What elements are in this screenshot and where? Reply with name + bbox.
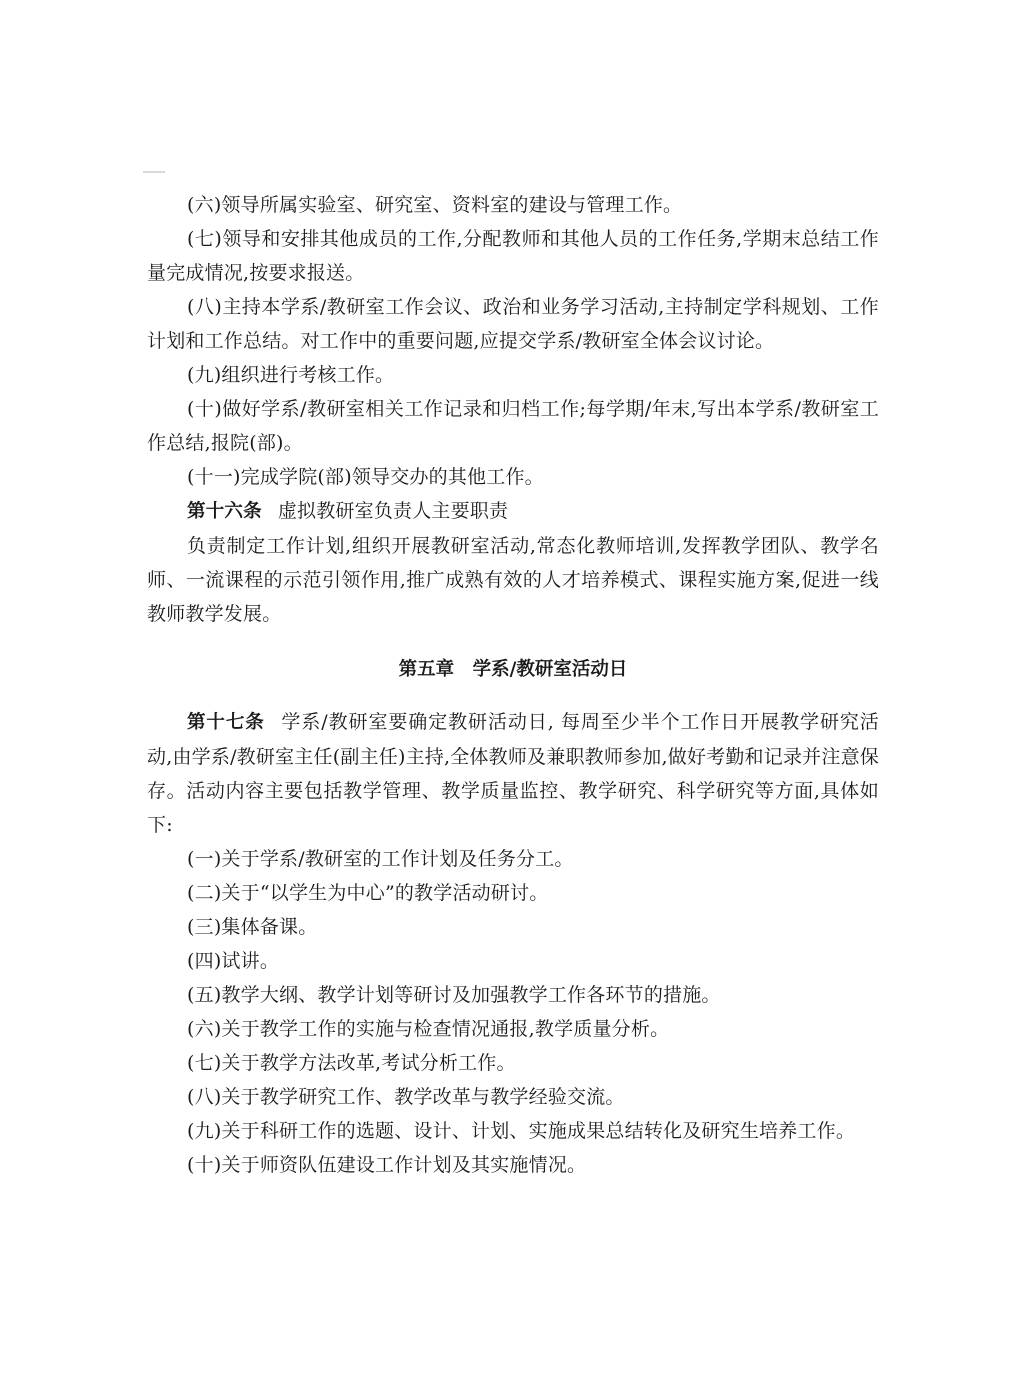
- list-item: (八)主持本学系/教研室工作会议、政治和业务学习活动,主持制定学科规划、工作计划…: [147, 290, 879, 358]
- list-item: (七)领导和安排其他成员的工作,分配教师和其他人员的工作任务,学期末总结工作量完…: [147, 222, 879, 290]
- chapter-title: 第五章 学系/教研室活动日: [147, 653, 879, 687]
- article-16-heading: 第十六条虚拟教研室负责人主要职责: [147, 494, 879, 529]
- list-item: (五)教学大纲、教学计划等研讨及加强教学工作各环节的措施。: [147, 978, 879, 1012]
- article-label: 第十六条: [187, 501, 262, 522]
- list-item: (十)关于师资队伍建设工作计划及其实施情况。: [147, 1148, 879, 1182]
- list-item: (六)领导所属实验室、研究室、资料室的建设与管理工作。: [147, 188, 879, 222]
- article-label: 第十七条: [187, 712, 265, 733]
- list-item: (十)做好学系/教研室相关工作记录和归档工作;每学期/年末,写出本学系/教研室工…: [147, 392, 879, 460]
- scan-mark: [143, 171, 165, 173]
- list-item: (九)组织进行考核工作。: [147, 358, 879, 392]
- list-item: (四)试讲。: [147, 944, 879, 978]
- list-item: (八)关于教学研究工作、教学改革与教学经验交流。: [147, 1080, 879, 1114]
- list-item: (九)关于科研工作的选题、设计、计划、实施成果总结转化及研究生培养工作。: [147, 1114, 879, 1148]
- document-page: (六)领导所属实验室、研究室、资料室的建设与管理工作。 (七)领导和安排其他成员…: [147, 188, 879, 1182]
- list-item: (七)关于教学方法改革,考试分析工作。: [147, 1046, 879, 1080]
- list-item: (十一)完成学院(部)领导交办的其他工作。: [147, 460, 879, 494]
- article-title: 虚拟教研室负责人主要职责: [278, 500, 508, 522]
- list-item: (二)关于“以学生为中心”的教学活动研讨。: [147, 876, 879, 910]
- list-item: (一)关于学系/教研室的工作计划及任务分工。: [147, 842, 879, 876]
- list-item: (三)集体备课。: [147, 910, 879, 944]
- article-17-paragraph: 第十七条学系/教研室要确定教研活动日, 每周至少半个工作日开展教学研究活动,由学…: [147, 705, 879, 842]
- list-item: (六)关于教学工作的实施与检查情况通报,教学质量分析。: [147, 1012, 879, 1046]
- article-16-body: 负责制定工作计划,组织开展教研室活动,常态化教师培训,发挥教学团队、教学名师、一…: [147, 529, 879, 631]
